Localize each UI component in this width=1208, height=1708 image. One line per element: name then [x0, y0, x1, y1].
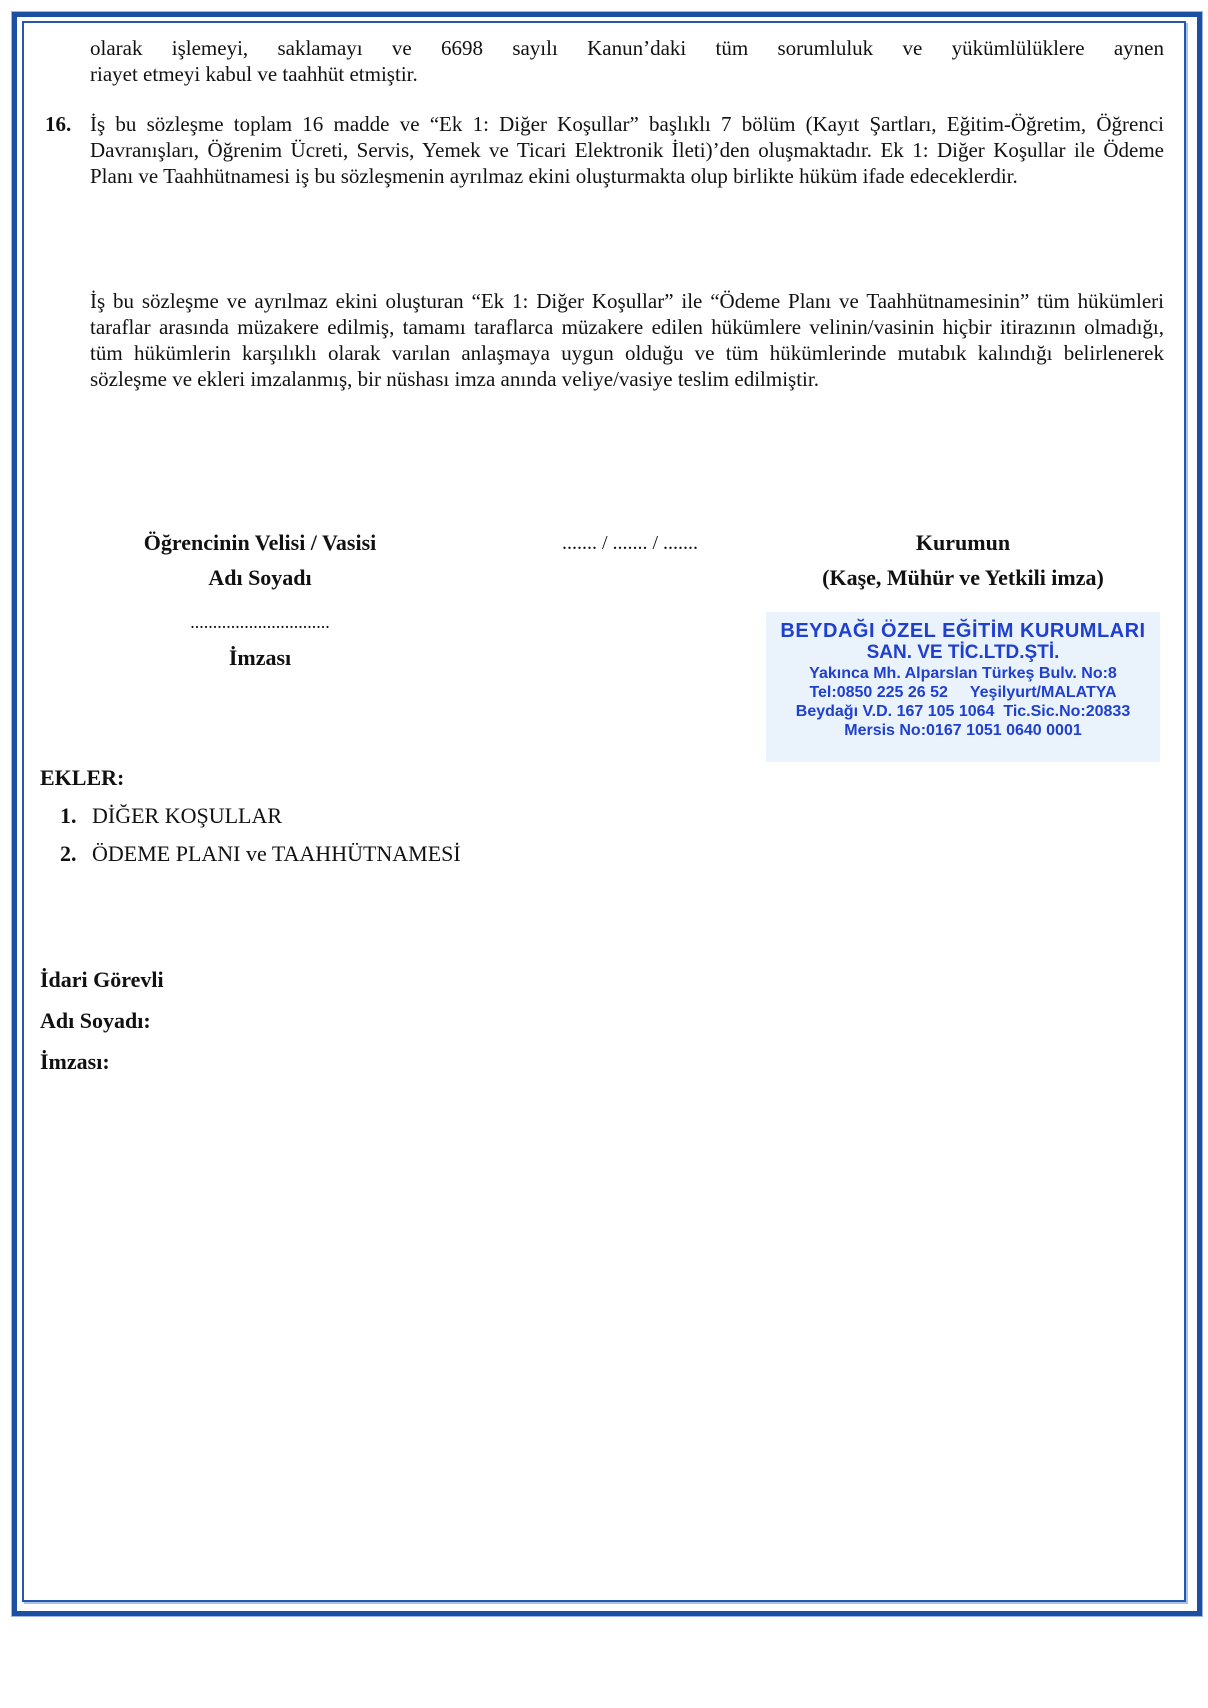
- guardian-signature-line: ...............................: [100, 612, 420, 633]
- article-16-number: 16.: [45, 111, 71, 137]
- guardian-name-label: Adı Soyadı: [100, 565, 420, 591]
- admin-title: İdari Görevli: [40, 967, 164, 993]
- stamp-line-4: Tel:0850 225 26 52 Yeşilyurt/MALATYA: [766, 683, 1160, 702]
- stamp-line-1: BEYDAĞI ÖZEL EĞİTİM KURUMLARI: [766, 620, 1160, 642]
- institution-subtitle: (Kaşe, Mühür ve Yetkili imza): [770, 565, 1156, 591]
- article-16-text: İş bu sözleşme toplam 16 madde ve “Ek 1:…: [90, 111, 1164, 189]
- attachments-title: EKLER:: [40, 765, 124, 791]
- attachment-item: 1.DİĞER KOŞULLAR: [60, 803, 282, 829]
- stamp-line-3: Yakınca Mh. Alparslan Türkeş Bulv. No:8: [766, 664, 1160, 683]
- admin-signature-label: İmzası:: [40, 1049, 110, 1075]
- guardian-signature-label: İmzası: [100, 645, 420, 671]
- date-placeholder: ....... / ....... / .......: [500, 532, 760, 555]
- stamp-line-2: SAN. VE TİC.LTD.ŞTİ.: [766, 642, 1160, 664]
- institution-title: Kurumun: [770, 530, 1156, 556]
- company-stamp: BEYDAĞI ÖZEL EĞİTİM KURUMLARI SAN. VE Tİ…: [766, 612, 1160, 762]
- attachment-item: 2.ÖDEME PLANI ve TAAHHÜTNAMESİ: [60, 841, 461, 867]
- admin-name-label: Adı Soyadı:: [40, 1008, 151, 1034]
- continuation-line-2: riayet etmeyi kabul ve taahhüt etmiştir.: [90, 61, 1164, 87]
- stamp-line-5: Beydağı V.D. 167 105 1064 Tic.Sic.No:208…: [766, 702, 1160, 721]
- continuation-paragraph: olarak işlemeyi, saklamayı ve 6698 sayıl…: [90, 35, 1164, 87]
- guardian-title: Öğrencinin Velisi / Vasisi: [100, 530, 420, 556]
- continuation-line-1: olarak işlemeyi, saklamayı ve 6698 sayıl…: [90, 35, 1164, 61]
- closing-paragraph: İş bu sözleşme ve ayrılmaz ekini oluştur…: [90, 288, 1164, 392]
- stamp-line-6: Mersis No:0167 1051 0640 0001: [766, 721, 1160, 740]
